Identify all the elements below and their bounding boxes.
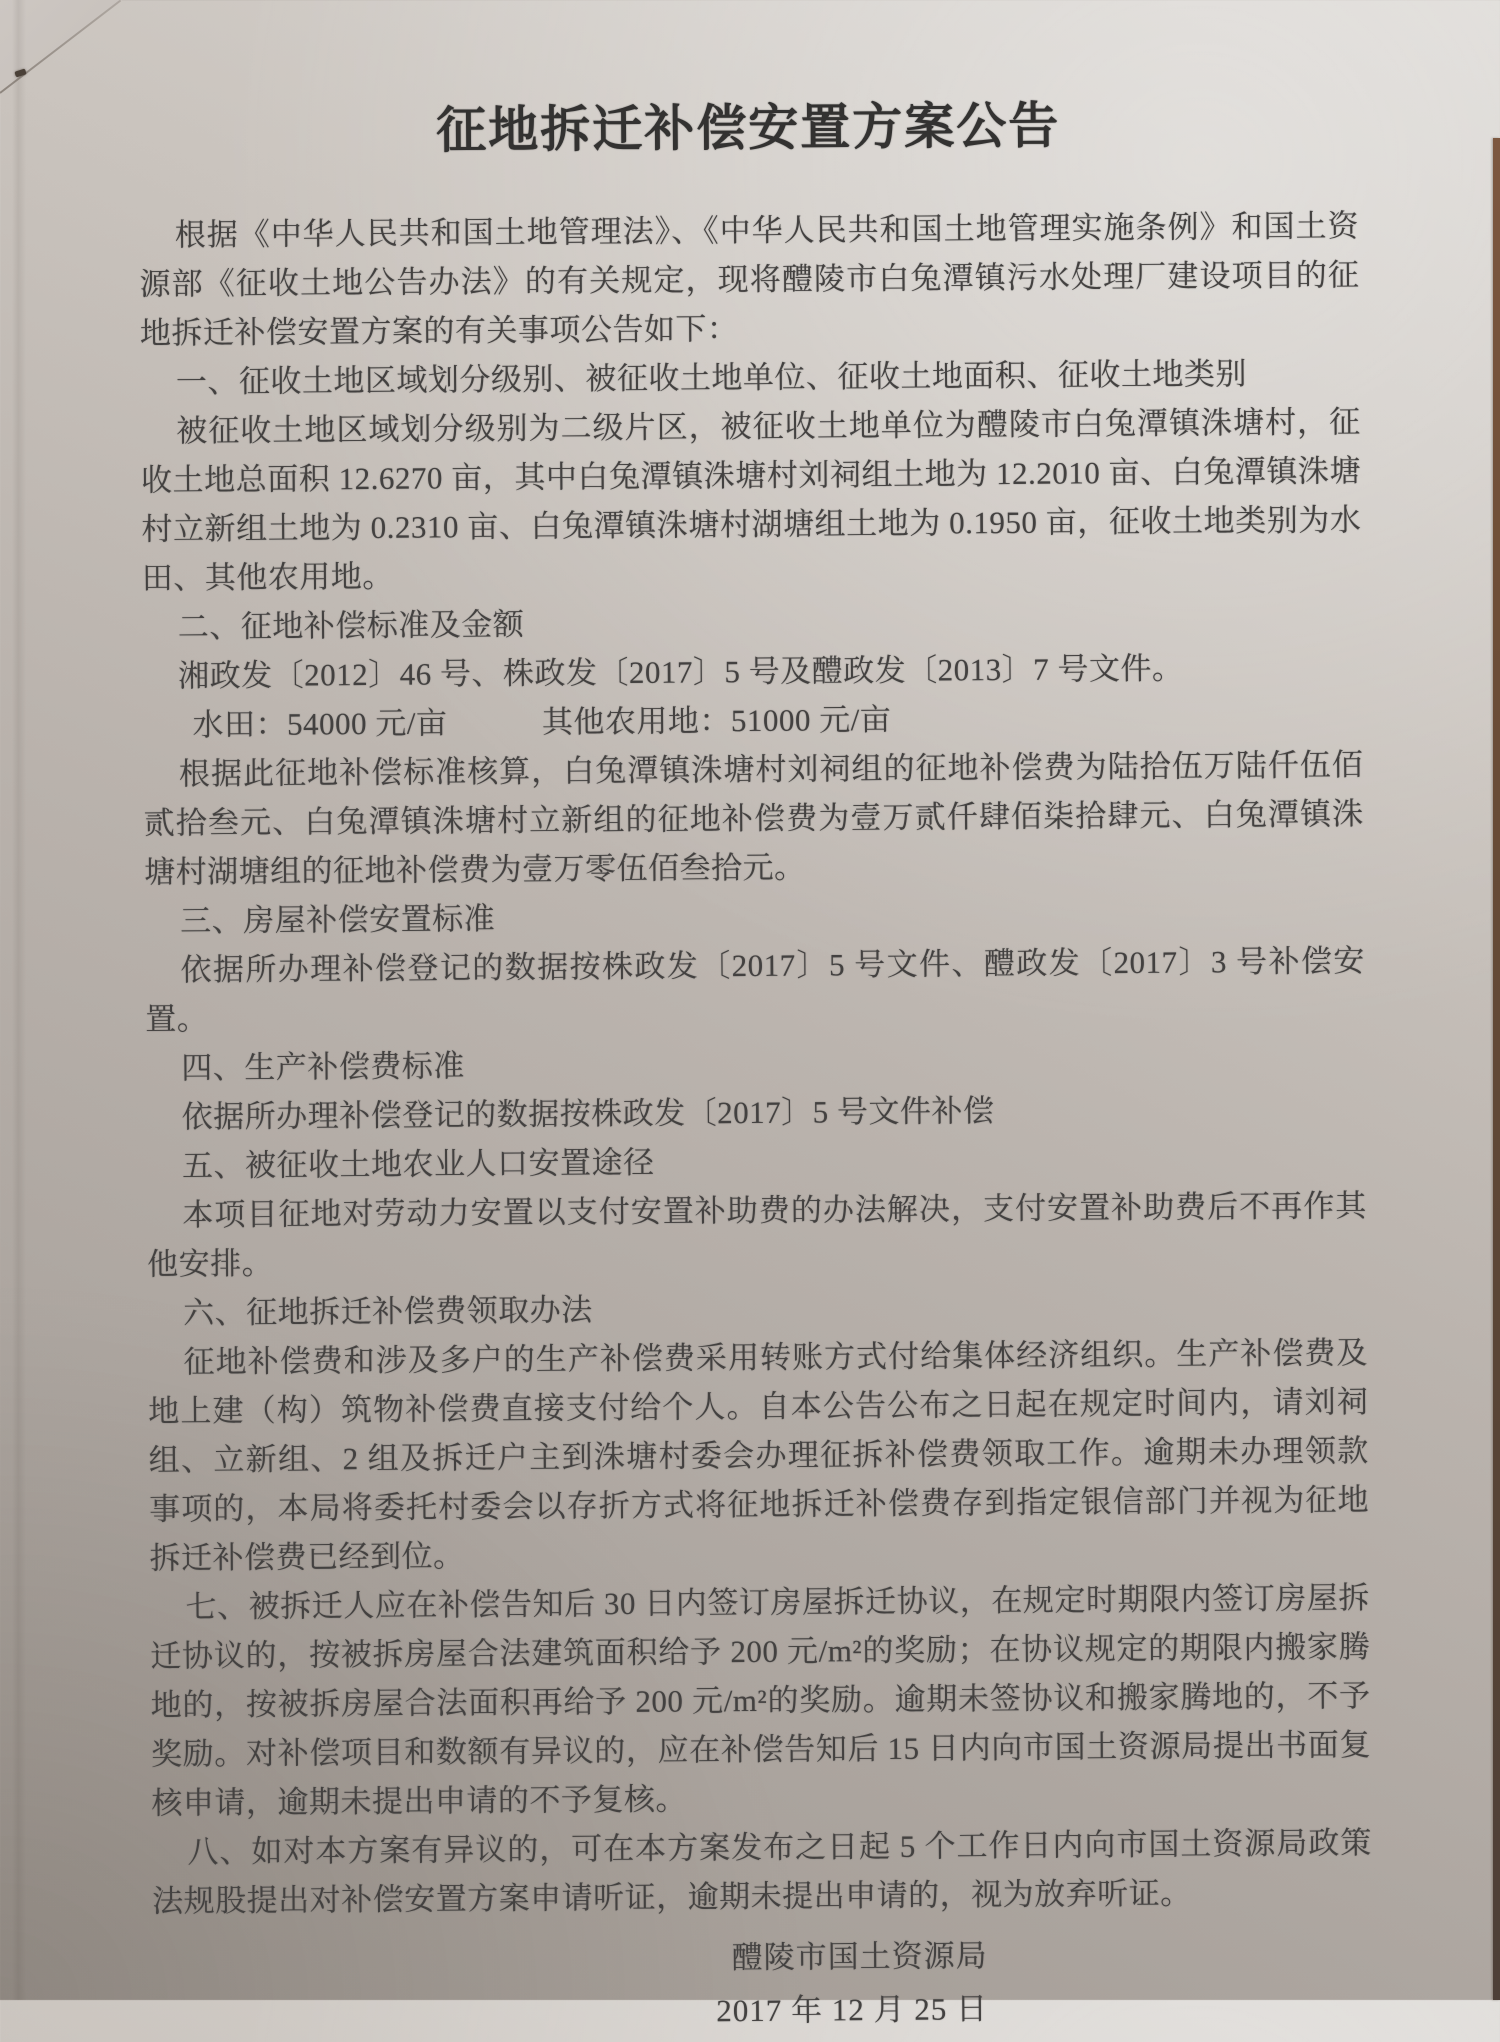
section-6-body: 征地补偿费和涉及多户的生产补偿费采用转账方式付给集体经济组织。生产补偿费及地上建…: [148, 1328, 1370, 1583]
section-3-body: 依据所办理补偿登记的数据按株政发〔2017〕5 号文件、醴政发〔2017〕3 号…: [145, 936, 1366, 1044]
issuing-agency: 醴陵市国土资源局: [152, 1926, 1372, 1989]
section-5-body: 本项目征地对劳动力安置以支付安置补助费的办法解决，支付安置补助费后不再作其他安排…: [147, 1181, 1368, 1289]
signature-block: 醴陵市国土资源局 2017 年 12 月 25 日: [152, 1926, 1373, 2000]
intro-paragraph: 根据《中华人民共和国土地管理法》、《中华人民共和国土地管理实施条例》和国土资源部…: [139, 201, 1360, 358]
page-title: 征地拆迁补偿安置方案公告: [138, 87, 1359, 169]
left-crease-shadow: [12, 0, 26, 2000]
table-edge: [1493, 138, 1500, 2000]
section-2-doc-refs: 湘政发〔2012〕46 号、株政发〔2017〕5 号及醴政发〔2013〕7 号文…: [142, 642, 1362, 701]
section-2-calculation: 根据此征地补偿标准核算，白兔潭镇洙塘村刘祠组的征地补偿费为陆拾伍万陆仟伍佰贰拾叁…: [143, 740, 1364, 897]
section-8-paragraph: 八、如对本方案有异议的，可在本方案发布之日起 5 个工作日内向市国土资源局政策法…: [152, 1818, 1373, 1926]
section-1-body: 被征收土地区域划分级别为二级片区，被征收土地单位为醴陵市白兔潭镇洙塘村，征收土地…: [140, 397, 1362, 603]
section-7-paragraph: 七、被拆迁人应在补偿告知后 30 日内签订房屋拆迁协议，在规定时期限内签订房屋拆…: [150, 1573, 1372, 1828]
announcement-page: 征地拆迁补偿安置方案公告 根据《中华人民共和国土地管理法》、《中华人民共和国土地…: [138, 87, 1373, 2000]
